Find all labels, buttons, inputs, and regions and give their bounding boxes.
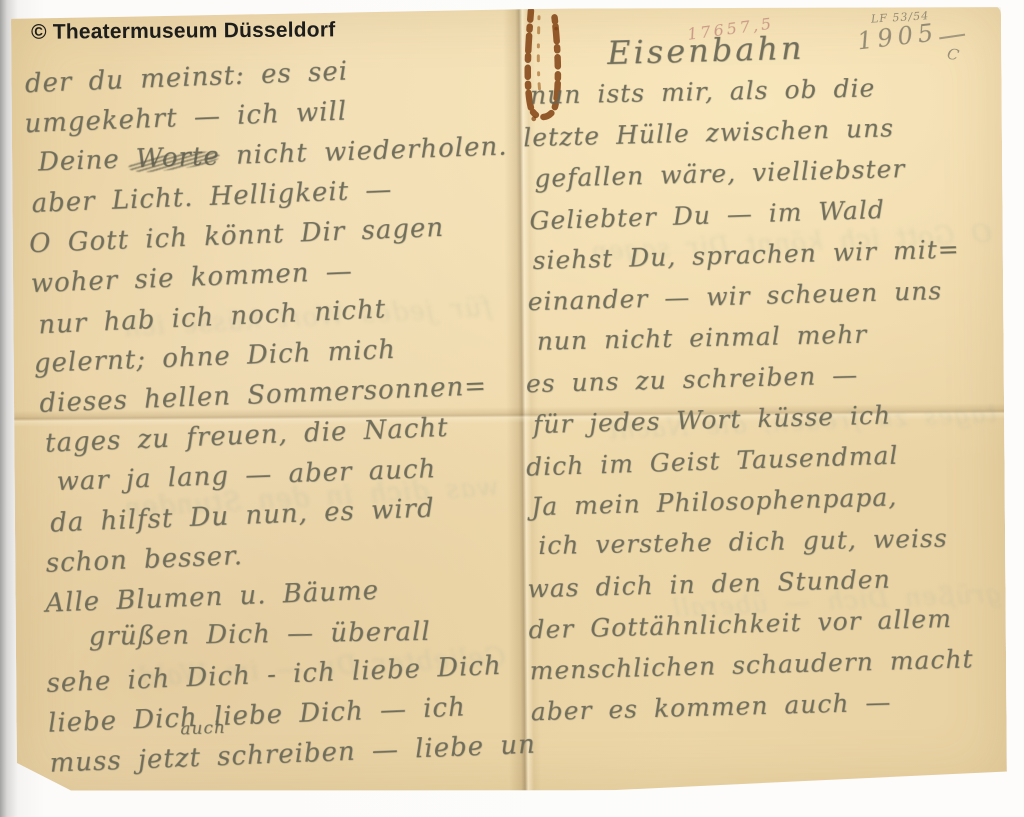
letter-sheet: © Theatermuseum Düsseldorf 17657,5 LF 53… — [11, 5, 1007, 795]
right-page: O Gott ich könnt Dir sagen tages zu freu… — [512, 23, 1005, 733]
left-page: für jedes Wort küsse ich was dich in den… — [22, 46, 510, 784]
inserted-word: auch — [180, 720, 226, 739]
museum-watermark: © Theatermuseum Düsseldorf — [31, 18, 335, 44]
